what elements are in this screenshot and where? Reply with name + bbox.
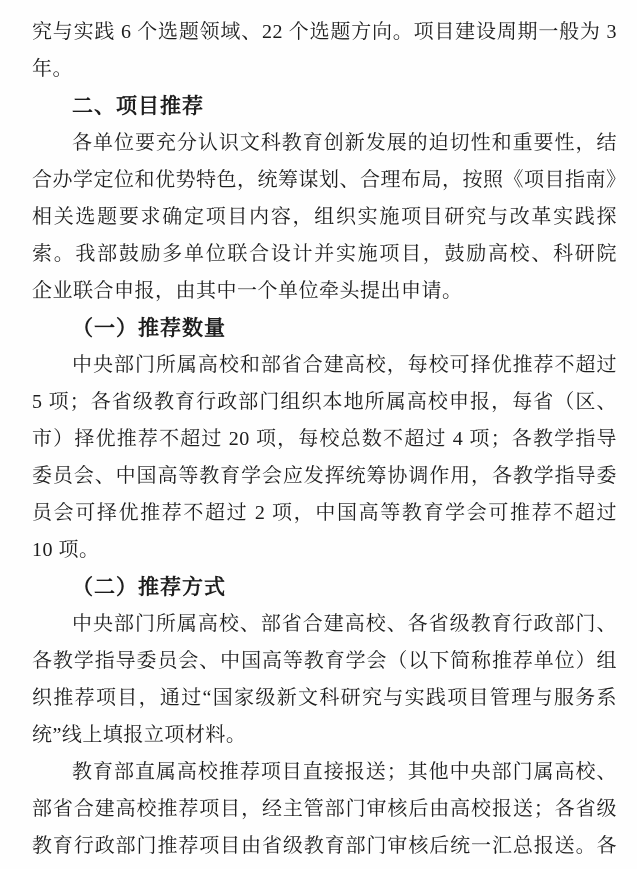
text-line: 相关选题要求确定项目内容，组织实施项目研究与改革实践探 <box>32 199 617 236</box>
scanned-document-page: 究与实践 6 个选题领域、22 个选题方向。项目建设周期一般为 3 年。 二、项… <box>0 0 637 869</box>
text-line: 究与实践 6 个选题领域、22 个选题方向。项目建设周期一般为 3 <box>32 14 617 51</box>
text-line: 员会可择优推荐不超过 2 项，中国高等教育学会可推荐不超过 <box>32 495 617 532</box>
text-line: 教育行政部门推荐项目由省级教育部门审核后统一汇总报送。各 <box>32 828 617 865</box>
text-line: 部省合建高校推荐项目，经主管部门审核后由高校报送；各省级 <box>32 791 617 828</box>
text-line: 年。 <box>32 51 617 88</box>
text-line: 织推荐项目，通过“国家级新文科研究与实践项目管理与服务系 <box>32 680 617 717</box>
subsection-heading-1: （一）推荐数量 <box>32 310 617 347</box>
text-line: 中央部门所属高校和部省合建高校，每校可择优推荐不超过 <box>32 347 617 384</box>
text-line: 各单位要充分认识文科教育创新发展的迫切性和重要性，结 <box>32 125 617 162</box>
section-heading-2: 二、项目推荐 <box>32 88 617 125</box>
text-line: 10 项。 <box>32 532 617 569</box>
text-line: 统”线上填报立项材料。 <box>32 717 617 754</box>
text-line: 企业联合申报，由其中一个单位牵头提出申请。 <box>32 273 617 310</box>
text-line: 索。我部鼓励多单位联合设计并实施项目，鼓励高校、科研院所、 <box>32 236 617 273</box>
text-line: 各教学指导委员会、中国高等教育学会（以下简称推荐单位）组 <box>32 643 617 680</box>
text-line: 5 项；各省级教育行政部门组织本地所属高校申报，每省（区、 <box>32 384 617 421</box>
text-line: 市）择优推荐不超过 20 项，每校总数不超过 4 项；各教学指导 <box>32 421 617 458</box>
text-line: 教育部直属高校推荐项目直接报送；其他中央部门属高校、 <box>32 754 617 791</box>
subsection-heading-2: （二）推荐方式 <box>32 569 617 606</box>
text-line: 委员会、中国高等教育学会应发挥统筹协调作用，各教学指导委 <box>32 458 617 495</box>
text-line: 合办学定位和优势特色，统筹谋划、合理布局，按照《项目指南》 <box>32 162 617 199</box>
text-line: 中央部门所属高校、部省合建高校、各省级教育行政部门、 <box>32 606 617 643</box>
document-body: 究与实践 6 个选题领域、22 个选题方向。项目建设周期一般为 3 年。 二、项… <box>0 0 637 865</box>
